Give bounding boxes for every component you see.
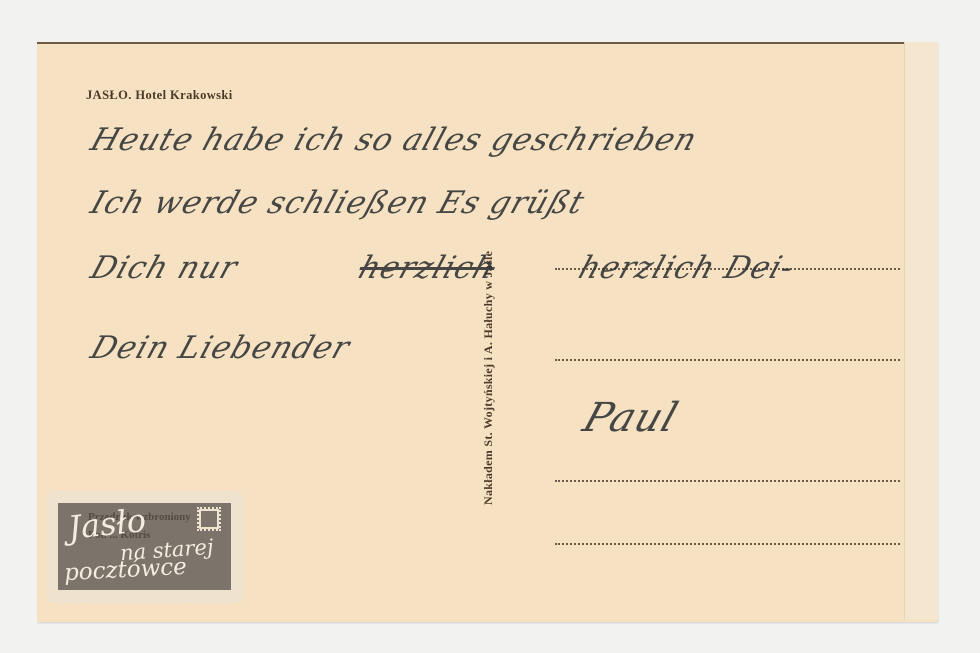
handwriting-line-3b: herzlich Dei- <box>574 250 799 286</box>
watermark-logo: Przedruk wzbroniony Fot. ... Kotris Jasł… <box>50 494 240 600</box>
stamp-icon <box>197 507 221 531</box>
address-line-2 <box>555 359 900 361</box>
publisher-imprint: Nakładem St. Wojtyńskiej i A. Hałuchy w … <box>481 251 496 505</box>
handwriting-line-3a: Dich nur <box>86 250 242 286</box>
watermark-panel: Przedruk wzbroniony Fot. ... Kotris Jasł… <box>58 503 231 590</box>
handwriting-line-1: Heute habe ich so alles geschrieben <box>86 122 702 158</box>
handwriting-struck-word: herzlich <box>354 250 500 286</box>
address-line-4 <box>555 543 900 545</box>
postcard-heading: JASŁO. Hotel Krakowski <box>86 88 233 103</box>
handwriting-line-2: Ich werde schließen Es grüßt <box>86 185 589 221</box>
postcard-right-edge <box>904 42 938 620</box>
handwriting-signature: Paul <box>578 395 684 441</box>
watermark-line-3: pocztówce <box>63 554 187 586</box>
address-line-3 <box>555 480 900 482</box>
handwriting-line-4: Dein Liebender <box>86 330 355 366</box>
